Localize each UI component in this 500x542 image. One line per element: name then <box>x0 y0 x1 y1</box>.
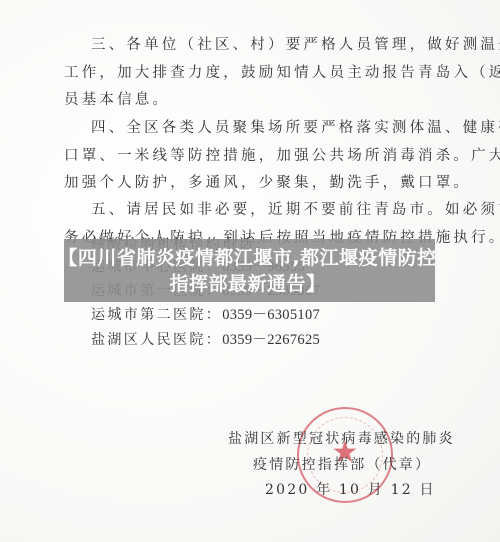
signature-organization-line-2: 疫情防控指挥部（代章） <box>253 456 431 474</box>
contact-phone: 0359－6305107 <box>222 307 320 323</box>
contact-row: 盐湖区人民医院：0359－2267625 <box>91 331 320 349</box>
paragraph-item-4-line-1: 四、全区各类人员聚集场所要严格落实测体温、健康码、戴 <box>91 119 500 137</box>
signature-organization-line-1: 盐湖区新型冠状病毒感染的肺炎 <box>228 430 455 448</box>
paragraph-item-3-line-2: 工作，加大排查力度，鼓励知情人员主动报告青岛入（返）运人 <box>64 64 500 82</box>
overlay-title: 【四川省肺炎疫情都江堰市,都江堰疫情防控指挥部最新通告】 <box>58 245 438 297</box>
contact-name: 盐湖区人民医院： <box>91 332 222 348</box>
contact-row: 运城市第二医院：0359－6305107 <box>91 306 320 324</box>
paragraph-item-4-line-3: 加强个人防护，多通风，少聚集，勤洗手，戴口罩。 <box>64 174 471 192</box>
paragraph-item-3-line-3: 员基本信息。 <box>64 91 170 109</box>
title-overlay-banner: 【四川省肺炎疫情都江堰市,都江堰疫情防控指挥部最新通告】 <box>64 239 435 302</box>
paragraph-item-5-line-1: 五、请居民如非必要，近期不要前往青岛市。如必须前往， <box>91 201 500 219</box>
paragraph-item-4-line-2: 口罩、一米线等防控措施，加强公共场所消毒消杀。广大市民要 <box>64 147 500 165</box>
contact-phone: 0359－2267625 <box>222 332 320 348</box>
signature-date: 2020 年 10 月 12 日 <box>265 481 436 499</box>
contact-name: 运城市第二医院： <box>91 307 222 323</box>
paragraph-item-3-line-1: 三、各单位（社区、村）要严格人员管理，做好测温登记等 <box>91 36 500 54</box>
